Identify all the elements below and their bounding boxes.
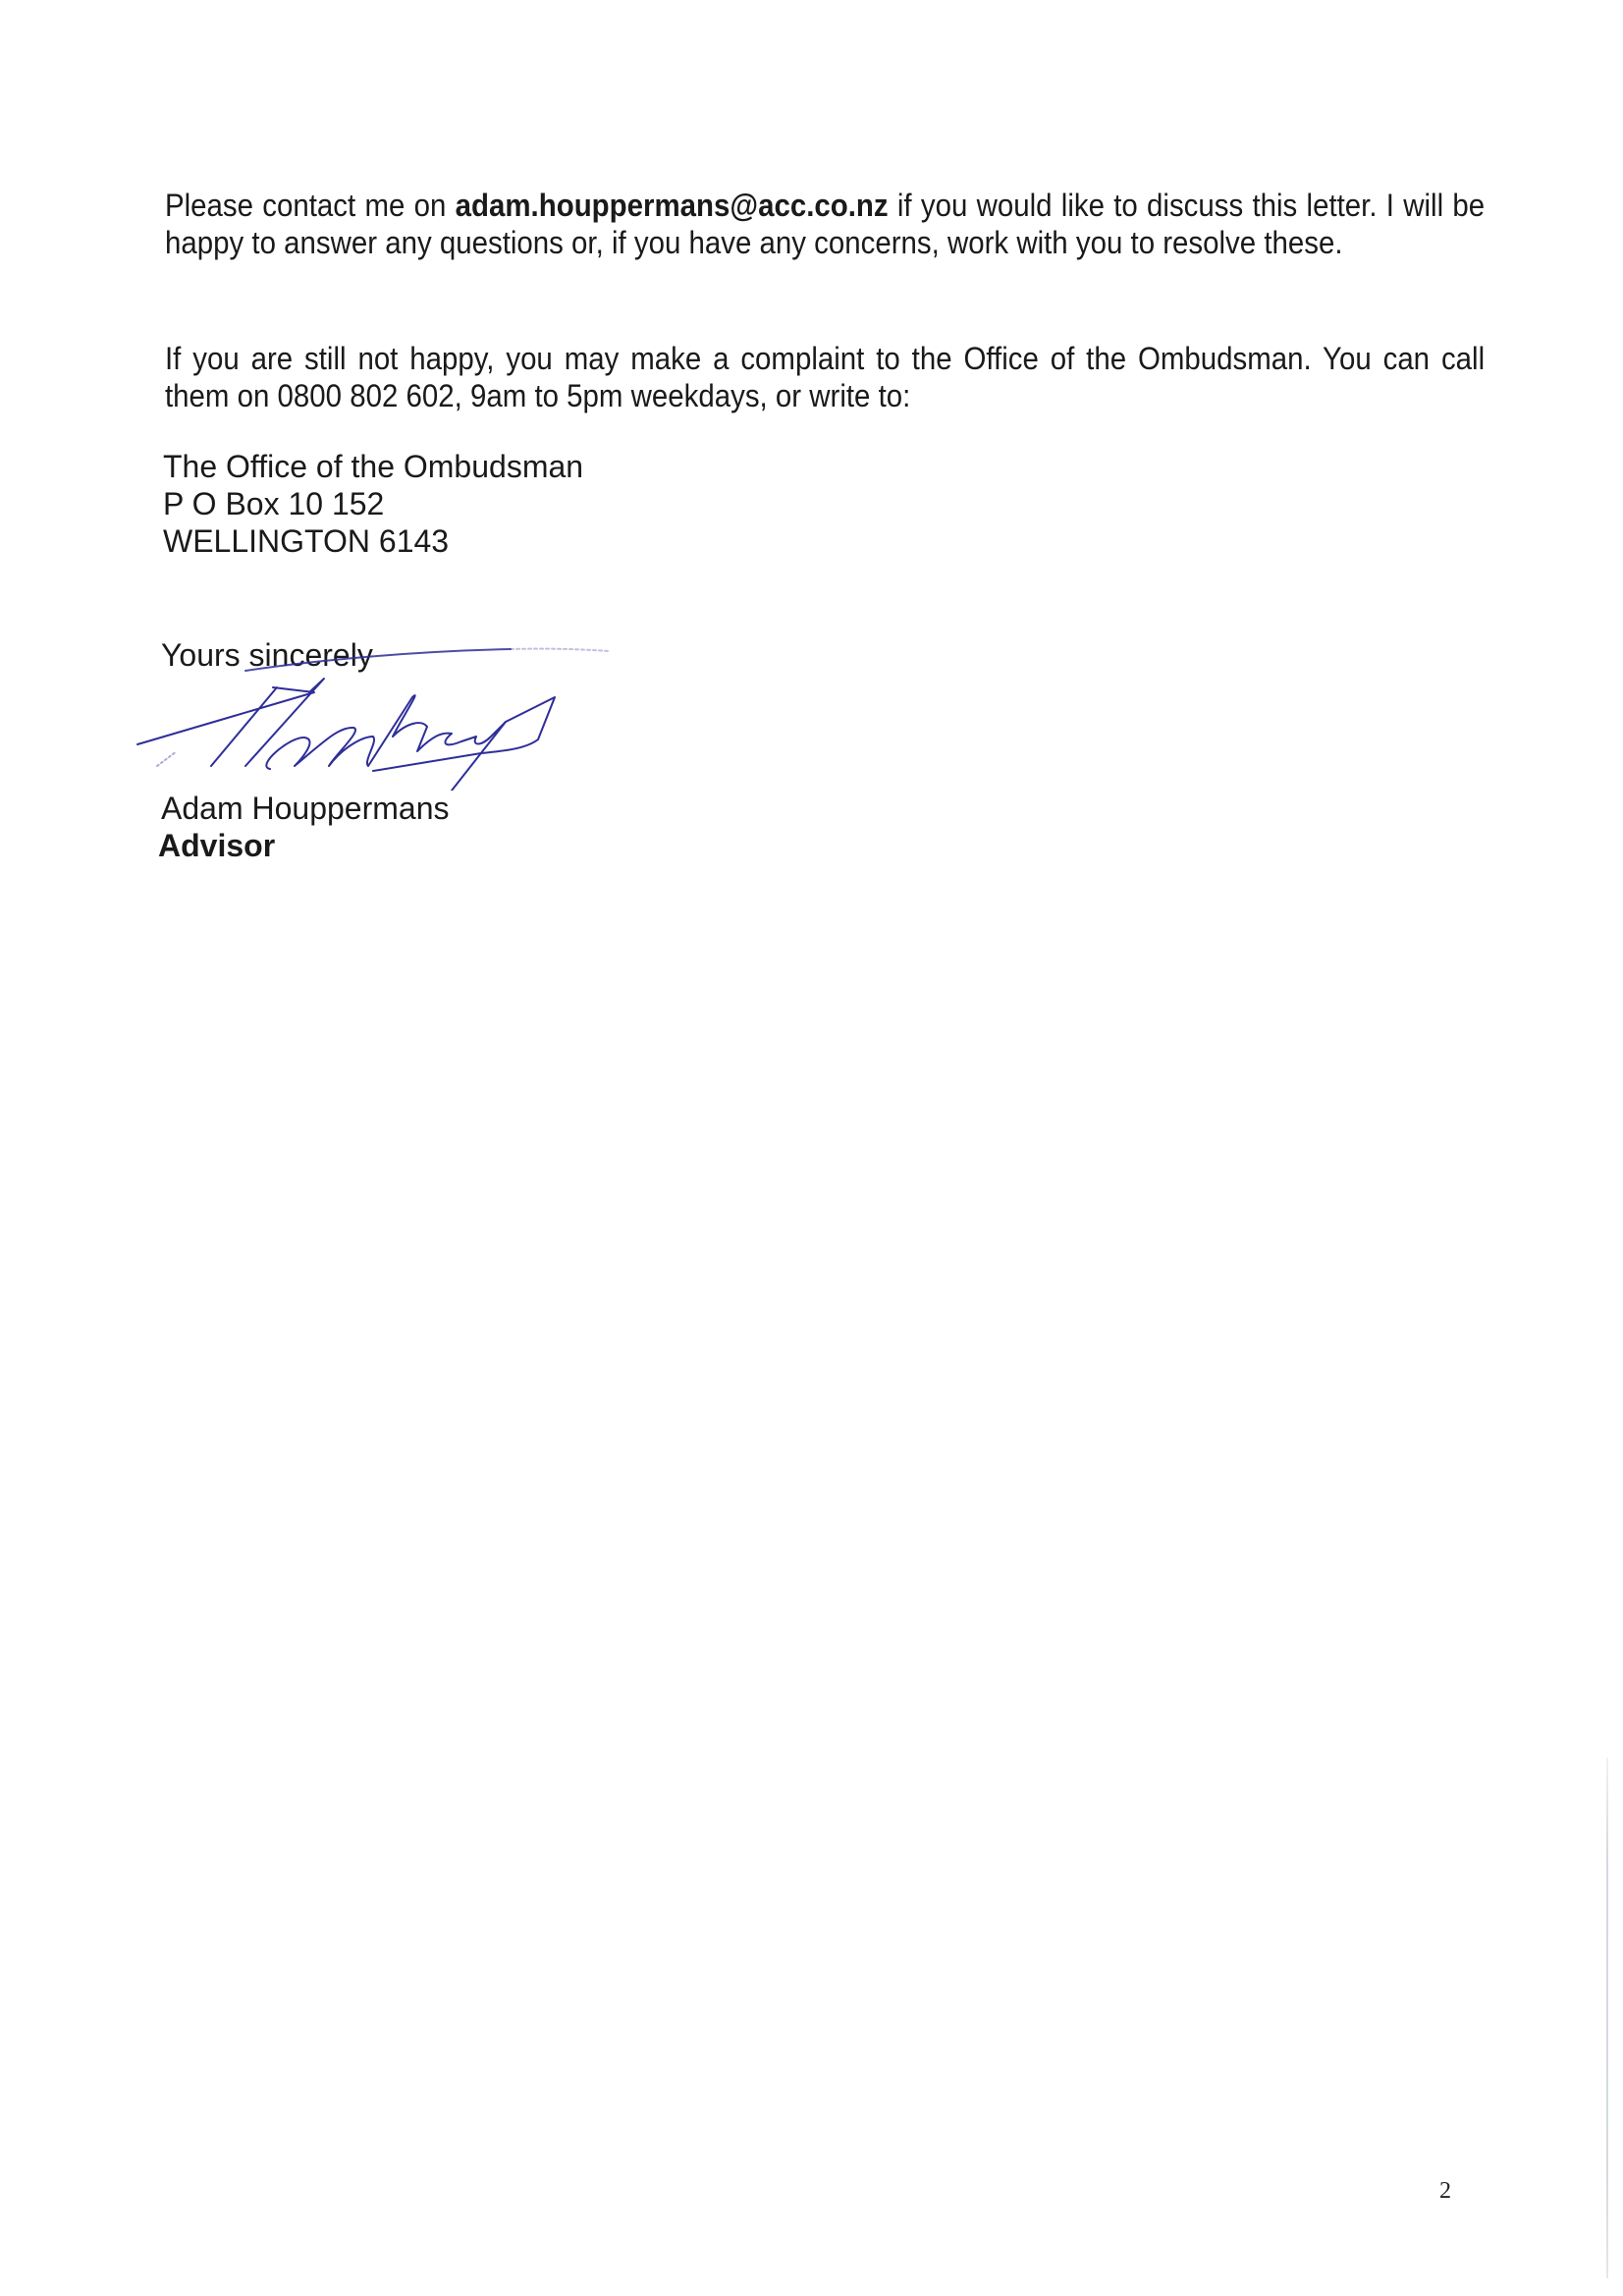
signatory-title: Advisor	[158, 827, 275, 864]
ombudsman-address: The Office of the Ombudsman P O Box 10 1…	[163, 448, 583, 560]
address-line: WELLINGTON 6143	[163, 522, 583, 560]
contact-paragraph: Please contact me on adam.houppermans@ac…	[165, 187, 1485, 261]
scan-edge-line	[1606, 1758, 1608, 2278]
address-line: The Office of the Ombudsman	[163, 448, 583, 485]
contact-text-before: Please contact me on	[165, 188, 456, 223]
page-number: 2	[1439, 2178, 1451, 2205]
signature-icon	[128, 643, 638, 791]
address-line: P O Box 10 152	[163, 485, 583, 522]
signatory-name: Adam Houppermans	[161, 790, 449, 827]
ombudsman-paragraph: If you are still not happy, you may make…	[165, 340, 1485, 414]
contact-email-link[interactable]: adam.houppermans@acc.co.nz	[456, 188, 889, 223]
